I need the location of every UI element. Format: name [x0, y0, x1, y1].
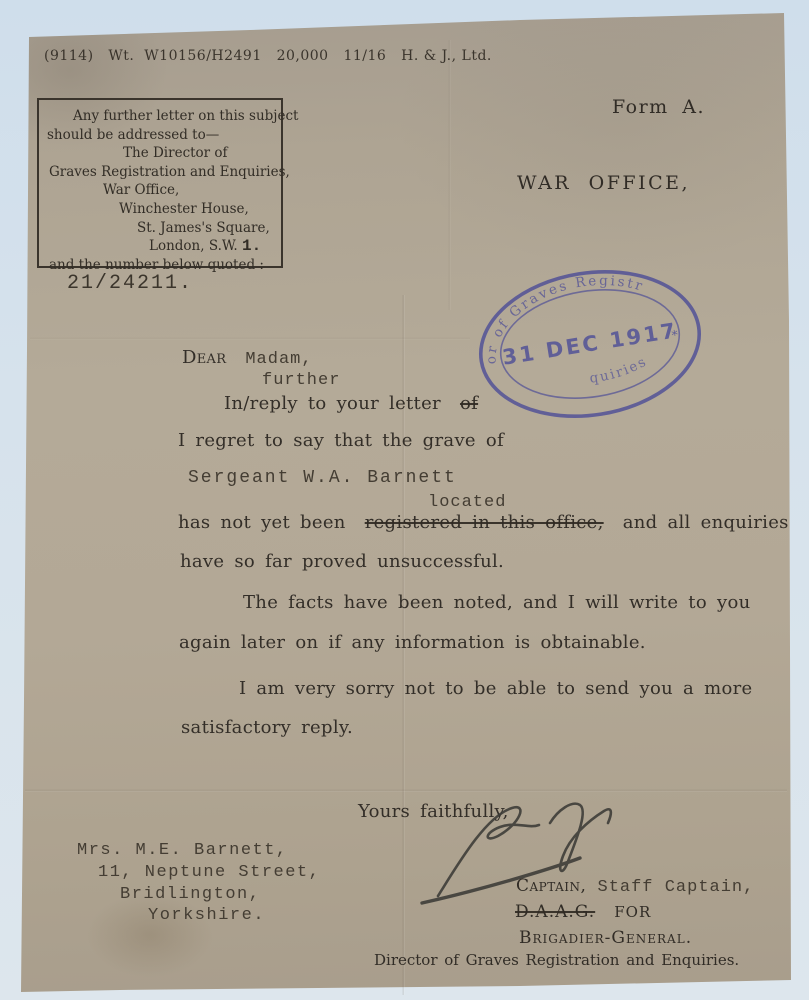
- struck-word-of: of: [460, 393, 478, 414]
- address-box-london-line: London, S.W. 1.: [47, 237, 273, 256]
- salutation-typed: Madam,: [245, 350, 312, 369]
- rank-printed: Captain,: [516, 876, 586, 896]
- struck-title-daag: D.A.A.G.: [515, 902, 595, 922]
- typed-soldier-name: Sergeant W.A. Barnett: [188, 468, 457, 488]
- recipient-line-1: Mrs. M.E. Barnett,: [77, 841, 288, 860]
- salutation-line: Dear Madam,: [182, 347, 313, 369]
- typed-insertion-located: located: [428, 493, 506, 512]
- rank-typed: Staff Captain,: [598, 878, 755, 897]
- reply-line-text: In/reply to your letter: [224, 393, 441, 414]
- recipient-line-2: 11, Neptune Street,: [98, 863, 320, 882]
- address-box-line: St. James's Square,: [47, 219, 273, 238]
- address-box-line: Graves Registration and Enquiries,: [47, 163, 273, 182]
- address-box-line: War Office,: [47, 181, 273, 200]
- rank-line: Captain, Staff Captain,: [516, 876, 754, 897]
- salutation-printed: Dear: [182, 347, 226, 368]
- body-line-unsuccessful: have so far proved unsuccessful.: [180, 551, 504, 572]
- body-line-regret: I regret to say that the grave of: [178, 430, 504, 451]
- reply-line: In/reply to your letter of: [224, 393, 478, 414]
- typed-insertion-further: further: [262, 371, 340, 390]
- stamp-date-text: 31 DEC 1917: [501, 318, 680, 369]
- war-office-heading: WAR OFFICE,: [517, 172, 690, 194]
- brigadier-general-line: Brigadier-General.: [519, 928, 692, 948]
- body-line-notyet: has not yet been registered in this offi…: [178, 512, 789, 533]
- body-line-sorry-2: satisfactory reply.: [181, 717, 353, 738]
- address-box-line: Any further letter on this subject: [47, 107, 273, 126]
- london-printed: London, S.W.: [149, 238, 238, 254]
- director-office-line: Director of Graves Registration and Enqu…: [374, 951, 739, 969]
- daag-line: D.A.A.G. FOR: [515, 902, 651, 922]
- return-address-box: Any further letter on this subject shoul…: [37, 98, 283, 268]
- body-line-facts-1: The facts have been noted, and I will wr…: [243, 592, 751, 613]
- for-word: FOR: [614, 903, 651, 921]
- recipient-line-3: Bridlington,: [120, 885, 260, 904]
- body-line-facts-2: again later on if any information is obt…: [179, 632, 646, 653]
- body-line-sorry-1: I am very sorry not to be able to send y…: [239, 678, 752, 699]
- address-box-line: Winchester House,: [47, 200, 273, 219]
- struck-phrase-registered: registered in this office,: [365, 512, 604, 533]
- form-label: Form A.: [612, 96, 705, 118]
- london-typed-number: 1.: [242, 237, 261, 255]
- notyet-end: and all enquiries: [623, 512, 789, 533]
- address-box-line: should be addressed to—: [47, 126, 273, 145]
- printers-code: (9114) Wt. W10156/H2491 20,000 11/16 H. …: [44, 48, 492, 64]
- notyet-start: has not yet been: [178, 512, 346, 533]
- recipient-line-4: Yorkshire.: [148, 906, 265, 925]
- vertical-fold-crease-top: [448, 40, 451, 310]
- address-box-line: The Director of: [47, 144, 273, 163]
- reference-number: 21/24211.: [47, 275, 273, 294]
- horizontal-fold-crease-faint: [30, 337, 470, 340]
